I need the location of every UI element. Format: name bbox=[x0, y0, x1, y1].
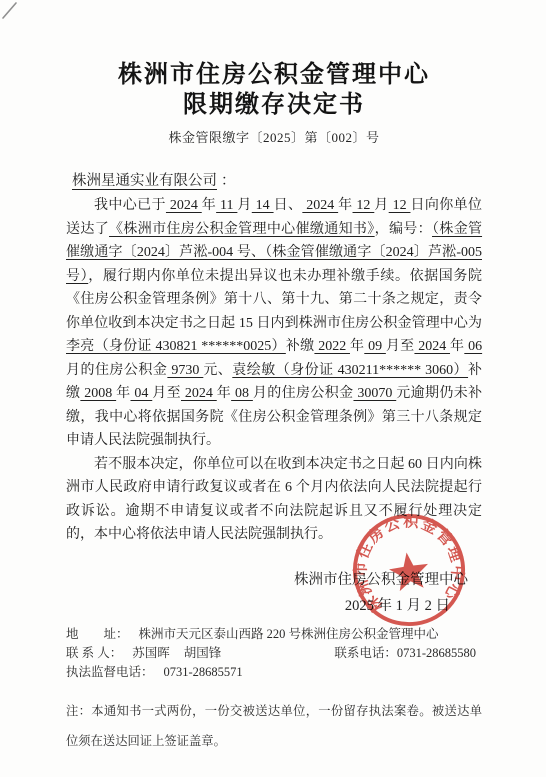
signature-block: 株洲市住房公积金管理中心 2025 年 1 月 2 日 bbox=[66, 567, 482, 619]
footnote: 注：本通知书一式两份，一份交被送达单位，一份留存执法案卷。被送达单位须在送达回证… bbox=[66, 696, 482, 756]
filled-field: 30070 bbox=[353, 386, 396, 401]
body-text: 月 bbox=[374, 198, 388, 213]
body-text: 月至 bbox=[152, 386, 181, 401]
body-text: 年 bbox=[202, 198, 216, 213]
contact-name-2: 胡国锋 bbox=[184, 644, 222, 663]
address-value: 株洲市天元区泰山西路 220 号株洲住房公积金管理中心 bbox=[139, 625, 439, 644]
para-appeal: 若不服本决定，你单位可以在收到本决定书之日起 60 日内向株洲市人民政府申请行政… bbox=[66, 453, 482, 547]
filled-field: 《株洲市住房公积金管理中心催缴通知书》 bbox=[109, 222, 375, 237]
filled-field: 2024 bbox=[181, 386, 217, 401]
recipient-name: 株洲星通实业有限公司 bbox=[66, 173, 221, 189]
body-text: ，履行期内你单位未提出异议也未办理补缴手续。依据国务院《住房公积金管理条例》第十… bbox=[66, 269, 482, 331]
filled-field: 04 bbox=[131, 386, 153, 401]
body-text: 月 bbox=[237, 198, 251, 213]
address-label: 地 址： bbox=[66, 625, 129, 644]
body-text: 年 bbox=[338, 198, 352, 213]
filled-field: 李亮（身份证 430821 ******0025） bbox=[66, 339, 286, 354]
recipient-colon: ： bbox=[221, 173, 236, 189]
signature-date: 2025 年 1 月 2 日 bbox=[345, 593, 482, 619]
filled-field: 12 bbox=[389, 198, 411, 213]
body-text: 年 bbox=[116, 386, 130, 401]
body-text: 元、 bbox=[203, 363, 232, 378]
contact-name-1: 苏国晖 bbox=[132, 644, 170, 663]
filled-field: 2008 bbox=[80, 386, 116, 401]
filled-field: 2024 bbox=[166, 198, 202, 213]
footer-contact-row: 联 系 人：苏国晖胡国锋 联系电话：0731-28685580 bbox=[66, 644, 482, 663]
signature-org: 株洲市住房公积金管理中心 bbox=[294, 567, 482, 593]
body-text: 年 bbox=[217, 386, 231, 401]
filled-field: 14 bbox=[252, 198, 274, 213]
filled-field: 11 bbox=[216, 198, 237, 213]
para-decision: 我中心已于 2024 年 11 月 14 日、 2024 年 12 月 12 日… bbox=[66, 194, 482, 453]
filled-field: 2024 bbox=[414, 339, 450, 354]
filled-field: 袁绘敏（身份证 430211****** 3060） bbox=[232, 363, 468, 378]
filled-field: 08 bbox=[231, 386, 253, 401]
body-text: ，编号： bbox=[375, 222, 432, 237]
body-text: 年 bbox=[350, 339, 364, 354]
pen-mark-artifact bbox=[1, 1, 21, 21]
footer-block: 地 址：株洲市天元区泰山西路 220 号株洲住房公积金管理中心 联 系 人：苏国… bbox=[66, 625, 482, 682]
filled-field: 09 bbox=[364, 339, 386, 354]
filled-field: 2022 bbox=[314, 339, 350, 354]
body-text: 年 bbox=[450, 339, 464, 354]
body-text: 若不服本决定，你单位可以在收到本决定书之日起 60 日内向株洲市人民政府申请行政… bbox=[66, 457, 482, 543]
phone-label: 联系电话： bbox=[334, 646, 397, 660]
body-text: 月的住房公积金 bbox=[66, 363, 167, 378]
footer-supervise-row: 执法监督电话：0731-28685571 bbox=[66, 663, 482, 682]
contact-phone: 联系电话：0731-28685580 bbox=[334, 644, 476, 663]
supervise-value: 0731-28685571 bbox=[164, 663, 243, 682]
document-body: 我中心已于 2024 年 11 月 14 日、 2024 年 12 月 12 日… bbox=[66, 194, 482, 547]
body-text: 月的住房公积金 bbox=[253, 386, 354, 401]
filled-field: 06 bbox=[464, 339, 482, 354]
document-content: 株洲市住房公积金管理中心 限期缴存决定书 株金管限缴字〔2025〕第〔002〕号… bbox=[0, 0, 546, 756]
supervise-label: 执法监督电话： bbox=[66, 663, 154, 682]
filled-field: 12 bbox=[353, 198, 375, 213]
body-text: 月至 bbox=[386, 339, 415, 354]
body-text: 日、 bbox=[274, 198, 303, 213]
body-text: 补缴 bbox=[286, 339, 315, 354]
body-text: 我中心已于 bbox=[94, 198, 166, 213]
phone-value: 0731-28685580 bbox=[397, 646, 476, 660]
footer-address-row: 地 址：株洲市天元区泰山西路 220 号株洲住房公积金管理中心 bbox=[66, 625, 482, 644]
contact-label: 联 系 人： bbox=[66, 644, 122, 663]
filled-field: 2024 bbox=[302, 198, 338, 213]
document-page: 株洲市住房公积金管理中心 限期缴存决定书 株金管限缴字〔2025〕第〔002〕号… bbox=[0, 0, 546, 777]
document-title-line1: 株洲市住房公积金管理中心 bbox=[66, 60, 482, 90]
filled-field: 9730 bbox=[167, 363, 203, 378]
recipient-line: 株洲星通实业有限公司： bbox=[66, 170, 482, 192]
document-number: 株金管限缴字〔2025〕第〔002〕号 bbox=[66, 127, 482, 146]
document-title-line2: 限期缴存决定书 bbox=[66, 90, 482, 120]
